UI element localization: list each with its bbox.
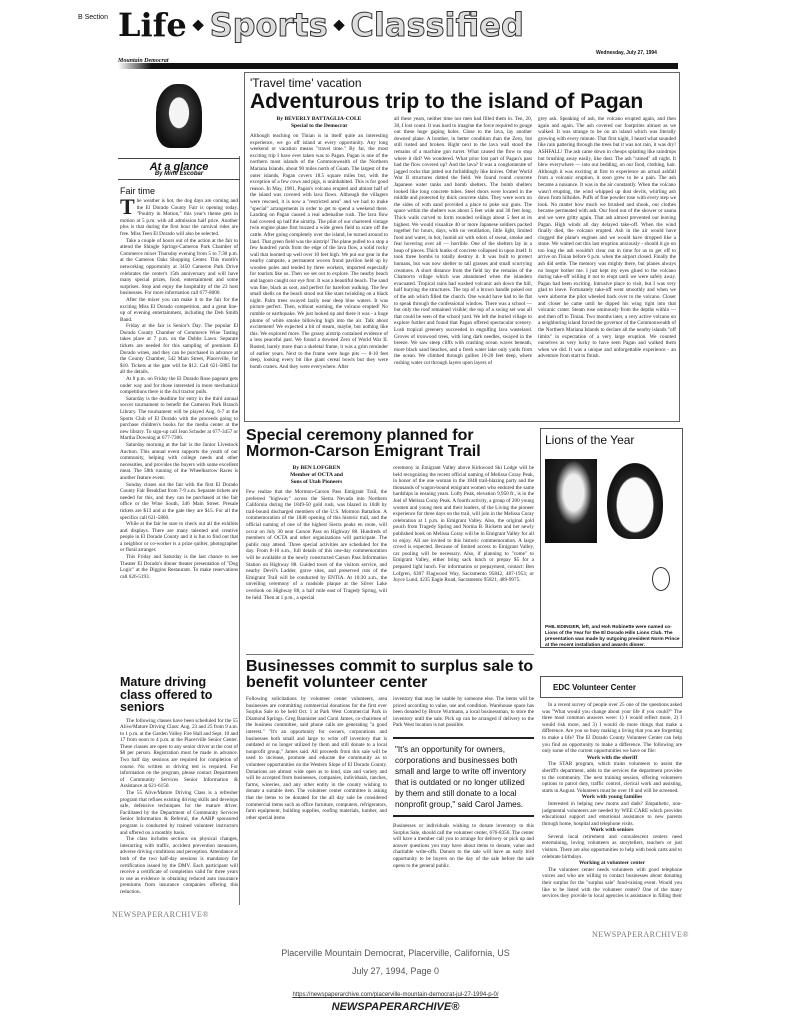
paragraph: Several local retirement and convalescen…	[542, 834, 682, 860]
diamond-icon: ◆	[193, 17, 204, 34]
fair-time-section: Fair time T he weather is hot, the dog d…	[120, 186, 238, 580]
article-column: By BEN LOFGREN Member of OCTA and Sons o…	[246, 465, 387, 645]
lions-photo	[545, 453, 680, 603]
person-photo-left	[545, 459, 597, 543]
lions-of-year-box: Lions of the Year PHIL EDINGER, left, an…	[540, 428, 683, 648]
columnist-photo	[118, 70, 240, 156]
masthead-classified: Classified	[350, 6, 523, 44]
byline-sub: Member of OCTA and	[246, 472, 387, 479]
article-column: ceremony in Emigrant Valley above Kirkwo…	[393, 465, 534, 645]
watermark-left: NEWSPAPERARCHIVE®	[112, 910, 209, 919]
watermark-right: NEWSPAPERARCHIVE®	[592, 930, 689, 939]
sub-heading: Work with the sheriff	[542, 755, 682, 762]
article-body: The following classes have been schedule…	[120, 718, 238, 896]
sub-heading: Work with seniors	[542, 827, 682, 834]
article-columns: By BEN LOFGREN Member of OCTA and Sons o…	[246, 465, 534, 645]
pull-quote: "It's an opportunity for owners, corpora…	[393, 737, 534, 817]
paragraph: The volunteer center needs volunteers wi…	[542, 867, 682, 900]
mormon-trail-article: Special ceremony planned for Mormon-Cars…	[246, 428, 534, 645]
paragraph: Interested in helping new moms and dads?…	[542, 801, 682, 827]
portrait-image	[156, 84, 202, 148]
paragraph: After the mixer you can make it to the f…	[120, 297, 238, 323]
paragraph: The STAR program, which trains volunteer…	[542, 761, 682, 794]
article-column: By BEVERLY BATTAGLIA-COLE Special to the…	[250, 116, 388, 412]
footer-brand-logo: NEWSPAPERARCHIVE®	[332, 1001, 460, 1013]
paragraph: In a recent survey of people over 25 one…	[542, 702, 682, 755]
headline: Adventurous trip to the island of Pagan	[250, 91, 676, 112]
paragraph: While at the fair be sure to check out a…	[120, 521, 238, 554]
edc-volunteer-center-header: EDC Volunteer Center	[540, 676, 683, 698]
byline-sub: Special to the Democrat	[250, 123, 388, 130]
sub-heading: Working at volunteer center	[542, 860, 682, 867]
footer-date-page: July 27, 1994, Page 0	[0, 966, 791, 976]
top-rule-divider	[118, 63, 678, 69]
article-column: inventory that may be usable by someone …	[393, 696, 534, 932]
driving-class-article: Mature driving class offered to seniors …	[120, 676, 238, 896]
masthead-life: Life	[118, 6, 187, 44]
dropcap: T	[120, 198, 135, 216]
footer-publication: Placerville Mountain Democrat, Placervil…	[0, 948, 791, 958]
headline: Businesses commit to surplus sale to ben…	[246, 659, 534, 691]
edc-volunteer-center-body: In a recent survey of people over 25 one…	[542, 702, 682, 900]
headline: Mature driving class offered to seniors	[120, 676, 238, 714]
box-title: Lions of the Year	[541, 429, 682, 447]
travel-article: 'Travel time' vacation Adventurous trip …	[250, 76, 676, 412]
paragraph: Sunday closes out the fair with the firs…	[120, 482, 238, 522]
headline: Special ceremony planned for Mormon-Cars…	[246, 428, 534, 460]
article-column: all these years, neither time nor men ha…	[394, 116, 532, 412]
paragraph: Take a couple of hours out of the action…	[120, 238, 238, 297]
kicker: 'Travel time' vacation	[250, 76, 676, 90]
paragraph: The class includes sections on physical …	[120, 836, 238, 895]
surplus-sale-article: Businesses commit to surplus sale to ben…	[246, 654, 534, 932]
masthead-title: Life ◆ Sports ◆ Classified	[118, 6, 524, 44]
paragraph: Saturday is the deadline for entry in th…	[120, 396, 238, 442]
paragraph: Friday at the fair is Senior's Day. The …	[120, 323, 238, 376]
paragraph: The following classes have been schedule…	[120, 718, 238, 791]
article-body: Businesses or individuals wishing to don…	[393, 823, 534, 869]
article-column: grey ash. Speaking of ash, the volcano e…	[538, 116, 676, 412]
footer-brand-wrap: NEWSPAPERARCHIVE®	[0, 997, 791, 1015]
photo-caption: PHIL EDINGER, left, and Hoh Robinette we…	[545, 625, 680, 649]
person-photo-right	[607, 463, 663, 539]
section-label: B Section	[78, 14, 108, 21]
byline-sub: Sons of Utah Pioneers	[246, 479, 387, 486]
column-byline: By Mimi Escobar	[118, 171, 240, 180]
sub-heading: Work with young families	[542, 794, 682, 801]
byline: By BEN LOFGREN	[246, 465, 387, 472]
paragraph: Saturday morning at the fair is the Juni…	[120, 442, 238, 482]
diamond-icon: ◆	[334, 17, 345, 34]
lions-club-emblem-icon	[652, 567, 670, 591]
article-column: Following solicitations by volunteer cen…	[246, 696, 387, 932]
masthead-sports: Sports	[210, 6, 328, 44]
article-columns: Following solicitations by volunteer cen…	[246, 696, 534, 932]
paragraph: The 55 Alive/Mature Driving Class is a r…	[120, 790, 238, 836]
article-body: Few realize that the Mormon-Carson Pass …	[246, 489, 387, 601]
article-body: T he weather is hot, the dog days are co…	[120, 198, 238, 580]
paragraph: This Friday and Saturday is the last cha…	[120, 554, 238, 580]
issue-date: Wednesday, July 27, 1994	[596, 50, 657, 56]
article-body: inventory that may be usable by someone …	[393, 696, 534, 729]
article-columns: By BEVERLY BATTAGLIA-COLE Special to the…	[250, 116, 676, 412]
paragraph: he weather is hot, the dog days are comi…	[120, 198, 238, 237]
article-body: Although teaching on Tinian is in itself…	[250, 133, 388, 370]
section-heading: Fair time	[120, 186, 238, 196]
byline: By BEVERLY BATTAGLIA-COLE	[250, 116, 388, 123]
paragraph: At 8 p.m. on Friday the El Dorado Rose p…	[120, 376, 238, 396]
